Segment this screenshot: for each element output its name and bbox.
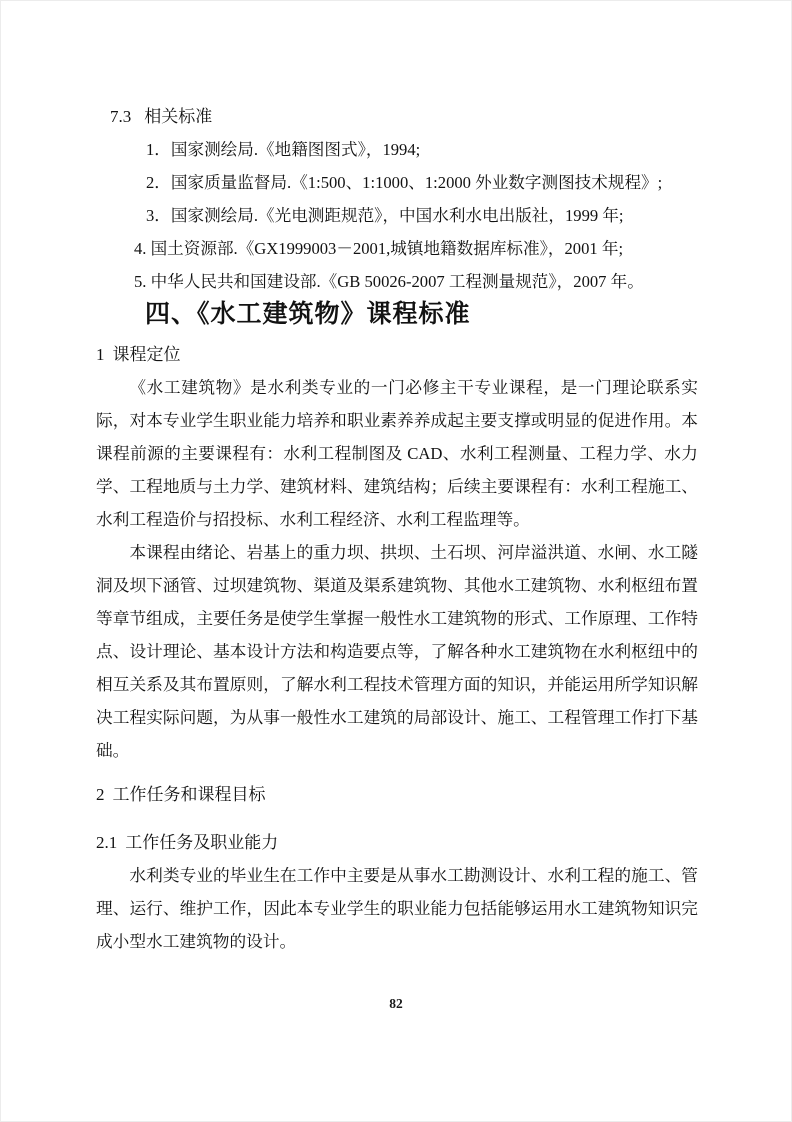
paragraph-course-position-2: 本课程由绪论、岩基上的重力坝、拱坝、土石坝、河岸溢洪道、水闸、水工隧洞及坝下涵管… — [96, 536, 698, 767]
section-2-number: 2 — [96, 785, 105, 804]
reference-item-5: 5. 中华人民共和国建设部.《GB 50026-2007 工程测量规范》，200… — [96, 265, 698, 298]
reference-item-3: 3．国家测绘局.《光电测距规范》，中国水利水电出版社，1999 年; — [96, 199, 698, 232]
reference-item-1: 1．国家测绘局.《地籍图图式》，1994; — [96, 133, 698, 166]
section-1-heading: 1课程定位 — [96, 338, 698, 371]
paragraph-work-tasks: 水利类专业的毕业生在工作中主要是从事水工勘测设计、水利工程的施工、管理、运行、维… — [96, 859, 698, 958]
section-1-number: 1 — [96, 345, 105, 364]
section-1-title: 课程定位 — [113, 345, 181, 364]
page-number: 82 — [1, 996, 791, 1012]
reference-item-2: 2．国家质量监督局.《1:500、1:1000、1:2000 外业数字测图技术规… — [96, 166, 698, 199]
section-2-1-heading: 2.1工作任务及职业能力 — [96, 826, 698, 859]
section-7-3-heading: 7.3相关标准 — [96, 100, 698, 133]
section-7-3-number: 7.3 — [110, 107, 131, 126]
reference-item-4: 4. 国土资源部.《GX1999003－2001,城镇地籍数据库标准》，2001… — [96, 232, 698, 265]
document-content: 7.3相关标准 1．国家测绘局.《地籍图图式》，1994; 2．国家质量监督局.… — [96, 100, 698, 958]
section-2-1-number: 2.1 — [96, 833, 117, 852]
section-2-1-title: 工作任务及职业能力 — [125, 833, 278, 852]
section-2-title: 工作任务和课程目标 — [113, 785, 266, 804]
chapter-heading: 四、《水工建筑物》课程标准 — [96, 296, 698, 332]
section-2-heading: 2工作任务和课程目标 — [96, 778, 698, 811]
paragraph-course-position-1: 《水工建筑物》是水利类专业的一门必修主干专业课程，是一门理论联系实际，对本专业学… — [96, 371, 698, 536]
document-page: 7.3相关标准 1．国家测绘局.《地籍图图式》，1994; 2．国家质量监督局.… — [0, 0, 792, 1122]
section-7-3-title: 相关标准 — [144, 107, 212, 126]
